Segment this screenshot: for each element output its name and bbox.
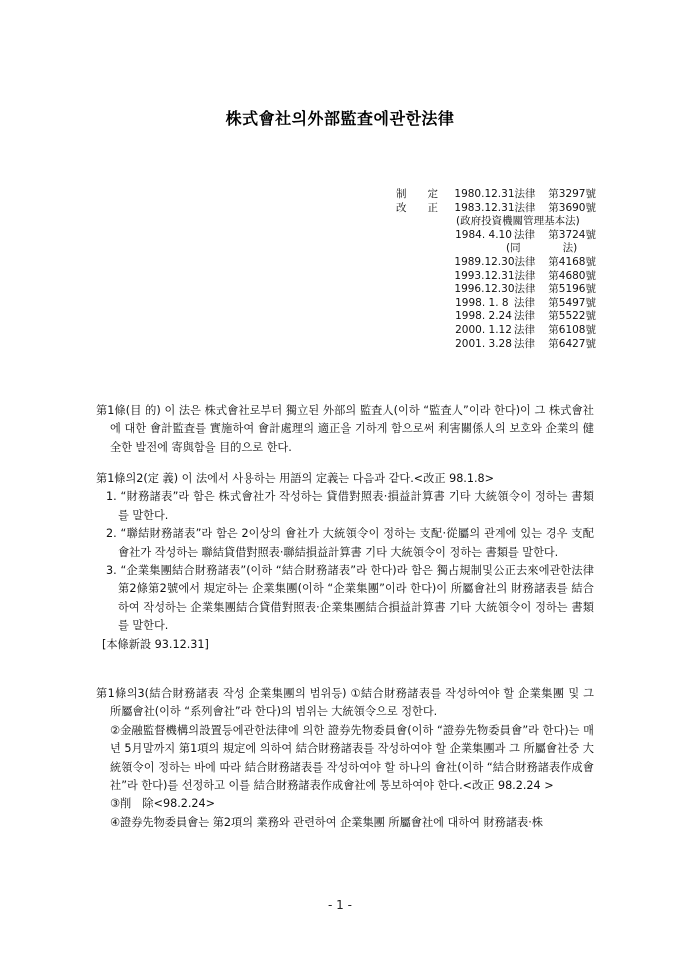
history-date: 2001. 3.28 (451, 338, 514, 352)
history-number: 第5497號 (548, 297, 596, 311)
article-1-2: 第1條의2(定 義) 이 法에서 사용하는 用語의 定義는 다음과 같다.<改正… (96, 470, 594, 654)
history-number: 第4680號 (548, 270, 596, 284)
definition-item-2: 2. “聯結財務諸表”라 함은 2이상의 會社가 大統領令이 정하는 支配·從屬… (96, 525, 594, 562)
article-1-3-heading: 第1條의3(結合財務諸表 작성 企業集團의 범위등) ①結合財務諸表를 작성하여… (96, 685, 594, 722)
history-note: (政府投資機關管理基本法) (396, 215, 596, 229)
history-number: 第3724號 (548, 229, 596, 243)
history-law: 法律 (515, 270, 549, 284)
history-date: 1993.12.31 (450, 270, 514, 284)
article-1-3-para-3: ③削 除<98.2.24> (96, 795, 594, 813)
history-number: 第3297號 (548, 188, 596, 202)
history-note-text: (政府投資機關管理基本法) (396, 215, 580, 229)
history-date: 2000. 1.12 (451, 324, 514, 338)
history-law: 法律 (514, 229, 548, 243)
page-number: - 1 - (0, 898, 680, 912)
history-row: 改 正 1983.12.31 法律 第3690號 (396, 202, 596, 216)
history-row: 1984. 4.10 法律 第3724號 (396, 229, 596, 243)
history-law: 法律 (515, 256, 549, 270)
history-number: 第4168號 (548, 256, 596, 270)
history-date: 1998. 1. 8 (451, 297, 514, 311)
article-1-3-para-4: ④證券先物委員會는 第2項의 業務와 관련하여 企業集團 所屬會社에 대하여 財… (96, 814, 594, 832)
history-law: 法律 (514, 310, 548, 324)
history-row: 制 定 1980.12.31 法律 第3297號 (396, 188, 596, 202)
history-date: 1984. 4.10 (451, 229, 514, 243)
article-1: 第1條(目 的) 이 法은 株式會社로부터 獨立된 外部의 監査人(이하 “監査… (96, 402, 594, 457)
article-1-text: 第1條(目 的) 이 法은 株式會社로부터 獨立된 外部의 監査人(이하 “監査… (96, 402, 594, 457)
history-row: 2000. 1.12 法律 第6108號 (396, 324, 596, 338)
article-footnote: [本條新設 93.12.31] (96, 636, 594, 654)
history-law: 法律 (515, 202, 549, 216)
history-row: 1996.12.30 法律 第5196號 (396, 283, 596, 297)
history-row: 1998. 2.24 法律 第5522號 (396, 310, 596, 324)
history-number: 第3690號 (548, 202, 596, 216)
history-number: 第6427號 (548, 338, 596, 352)
document-page: 株式會社의外部監査에관한法律 制 定 1980.12.31 法律 第3297號 … (0, 0, 680, 962)
history-date: 1983.12.31 (450, 202, 514, 216)
history-number: 第5196號 (548, 283, 596, 297)
history-number: 第6108號 (548, 324, 596, 338)
definition-item-1: 1. “財務諸表”라 함은 株式會社가 작성하는 貸借對照表·損益計算書 기타 … (96, 488, 594, 525)
history-law: 法律 (515, 188, 549, 202)
history-law: 法律 (515, 283, 549, 297)
history-note-text: (同 法) (396, 242, 577, 256)
history-label: 改 正 (396, 202, 450, 216)
history-date: 1989.12.30 (450, 256, 514, 270)
history-law: 法律 (514, 338, 548, 352)
history-date: 1996.12.30 (450, 283, 514, 297)
history-law: 法律 (514, 324, 548, 338)
history-law: 法律 (514, 297, 548, 311)
history-date: 1998. 2.24 (451, 310, 514, 324)
article-1-3-para-2: ②金融監督機構의設置등에관한法律에 의한 證券先物委員會(이하 “證券先物委員會… (96, 722, 594, 796)
history-date: 1980.12.31 (450, 188, 514, 202)
history-note: (同 法) (396, 242, 596, 256)
history-row: 2001. 3.28 法律 第6427號 (396, 338, 596, 352)
history-row: 1989.12.30 法律 第4168號 (396, 256, 596, 270)
article-1-3: 第1條의3(結合財務諸表 작성 企業集團의 범위등) ①結合財務諸表를 작성하여… (96, 685, 594, 832)
amendment-history: 制 定 1980.12.31 法律 第3297號 改 正 1983.12.31 … (396, 188, 596, 351)
history-row: 1998. 1. 8 法律 第5497號 (396, 297, 596, 311)
document-title: 株式會社의外部監査에관한法律 (0, 106, 680, 129)
history-number: 第5522號 (548, 310, 596, 324)
history-label: 制 定 (396, 188, 450, 202)
definition-item-3: 3. “企業集團結合財務諸表”(이하 “結合財務諸表”라 한다)라 함은 獨占規… (96, 562, 594, 636)
history-row: 1993.12.31 法律 第4680號 (396, 270, 596, 284)
article-1-2-heading: 第1條의2(定 義) 이 法에서 사용하는 用語의 定義는 다음과 같다.<改正… (96, 470, 594, 488)
